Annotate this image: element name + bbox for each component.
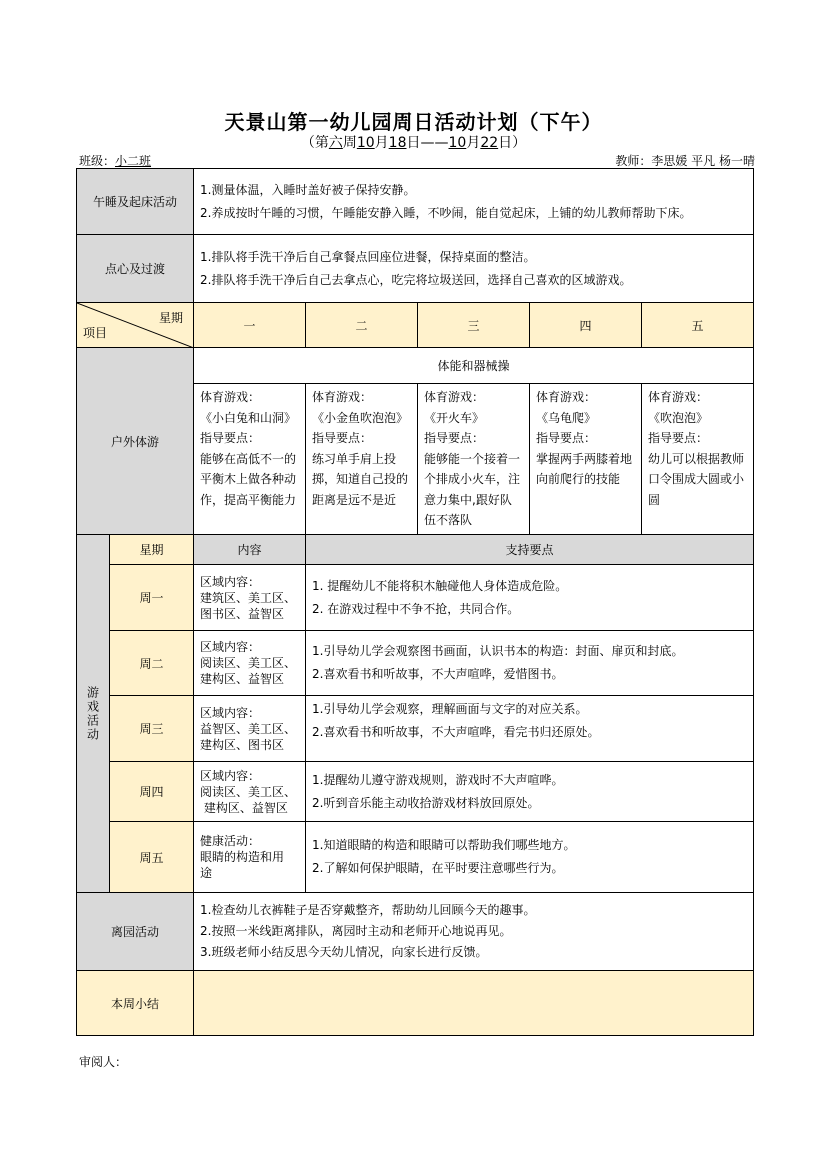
content-line: 区域内容： — [200, 574, 299, 590]
item-axis-label: 项目 — [83, 324, 107, 341]
summary-row: 本周小结 — [77, 971, 754, 1036]
outdoor-day-mon: 体育游戏： 《小白兔和山洞》 指导要点： 能够在高低不一的平衡木上做各种动作，提… — [194, 384, 306, 535]
leave-line-3: 3.班级老师小结反思今天幼儿情况，向家长进行反馈。 — [200, 942, 747, 963]
game-name: 《小白兔和山洞》 — [200, 408, 299, 429]
nap-row: 午睡及起床活动 1.测量体温，入睡时盖好被子保持安静。 2.养成按时午睡的习惯，… — [77, 169, 754, 235]
content-line: 区域内容： — [200, 705, 299, 721]
leave-content: 1.检查幼儿衣裤鞋子是否穿戴整齐，帮助幼儿回顾今天的趣事。 2.按照一米线距离排… — [194, 893, 754, 971]
day-header-fri: 五 — [642, 303, 754, 348]
game-type: 体育游戏： — [648, 387, 747, 408]
support-line: 2. 在游戏过程中不争不抢，共同合作。 — [312, 598, 747, 621]
guide-points: 练习单手肩上投掷，知道自己投的距离是远不是近 — [312, 449, 411, 511]
game-type: 体育游戏： — [424, 387, 523, 408]
day-label: 日 — [407, 135, 421, 151]
game-type: 体育游戏： — [536, 387, 635, 408]
games-col-content: 内容 — [194, 535, 306, 565]
support-line: 1. 提醒幼儿不能将积木触碰他人身体造成危险。 — [312, 575, 747, 598]
end-month: 10 — [449, 135, 467, 151]
games-day: 周二 — [110, 631, 194, 696]
games-row-tue: 周二 区域内容： 阅读区、美工区、 建构区、益智区 1.引导幼儿学会观察图书画面… — [77, 631, 754, 696]
games-support: 1.引导幼儿学会观察图书画面，认识书本的构造：封面、扉页和封底。 2.喜欢看书和… — [306, 631, 754, 696]
support-line: 1.提醒幼儿遵守游戏规则，游戏时不大声喧哗。 — [312, 769, 747, 792]
outdoor-theme: 体能和器械操 — [194, 348, 754, 384]
games-day: 周四 — [110, 762, 194, 822]
class-value: 小二班 — [115, 154, 151, 168]
game-name: 《吹泡泡》 — [648, 408, 747, 429]
teacher-value: 李思媛 平凡 杨一晴 — [651, 154, 755, 168]
month-label-2: 月 — [466, 135, 480, 151]
outdoor-day-fri: 体育游戏： 《吹泡泡》 指导要点： 幼儿可以根据教师口令围成大圆或小圆 — [642, 384, 754, 535]
games-row-fri: 周五 健康活动： 眼睛的构造和用 途 1.知道眼睛的构造和眼睛可以帮助我们哪些地… — [77, 822, 754, 893]
games-support: 1.知道眼睛的构造和眼睛可以帮助我们哪些地方。 2.了解如何保护眼睛，在平时要注… — [306, 822, 754, 893]
games-support: 1.引导幼儿学会观察，理解画面与文字的对应关系。 2.喜欢看书和听故事，不大声喧… — [306, 696, 754, 762]
month-label: 月 — [375, 135, 389, 151]
summary-content[interactable] — [194, 971, 754, 1036]
outdoor-day-tue: 体育游戏： 《小金鱼吹泡泡》 指导要点： 练习单手肩上投掷，知道自己投的距离是远… — [306, 384, 418, 535]
snack-row: 点心及过渡 1.排队将手洗干净后自己拿餐点回座位进餐，保持桌面的整洁。 2.排队… — [77, 235, 754, 303]
subtitle-close: 日） — [498, 135, 526, 151]
class-label: 班级： — [79, 154, 115, 168]
content-line: 区域内容： — [200, 768, 299, 784]
content-line: 图书区、益智区 — [200, 606, 299, 622]
outdoor-label: 户外体游 — [77, 348, 194, 535]
games-day: 周三 — [110, 696, 194, 762]
page-title: 天景山第一幼儿园周日活动计划（下午） — [0, 106, 827, 135]
content-line: 阅读区、美工区、 — [200, 784, 299, 800]
content-line: 建构区、益智区 — [200, 800, 299, 816]
games-content: 健康活动： 眼睛的构造和用 途 — [194, 822, 306, 893]
leave-line-2: 2.按照一米线距离排队，离园时主动和老师开心地说再见。 — [200, 921, 747, 942]
content-line: 眼睛的构造和用 — [200, 849, 299, 865]
guide-points: 能够在高低不一的平衡木上做各种动作，提高平衡能力 — [200, 449, 299, 511]
subtitle-open: （第 — [301, 135, 329, 151]
game-type: 体育游戏： — [312, 387, 411, 408]
week-suffix: 周 — [343, 135, 357, 151]
content-line: 区域内容： — [200, 639, 299, 655]
date-range: （第六周10月18日——10月22日） — [0, 132, 827, 152]
week-header-row: 星期 项目 一 二 三 四 五 — [77, 303, 754, 348]
guide-label: 指导要点： — [312, 428, 411, 449]
snack-label: 点心及过渡 — [77, 235, 194, 303]
guide-points: 掌握两手两膝着地向前爬行的技能 — [536, 449, 635, 490]
content-line: 建筑区、美工区、 — [200, 590, 299, 606]
games-content: 区域内容： 阅读区、美工区、 建构区、益智区 — [194, 762, 306, 822]
teacher-info: 教师：李思媛 平凡 杨一晴 — [615, 152, 755, 169]
game-name: 《乌龟爬》 — [536, 408, 635, 429]
teacher-label: 教师： — [615, 154, 651, 168]
support-line: 2.喜欢看书和听故事，不大声喧哗，看完书归还原处。 — [312, 721, 747, 744]
games-col-weekday: 星期 — [110, 535, 194, 565]
snack-line-2: 2.排队将手洗干净后自己去拿点心，吃完将垃圾送回，选择自己喜欢的区域游戏。 — [200, 269, 747, 292]
games-support: 1.提醒幼儿遵守游戏规则，游戏时不大声喧哗。 2.听到音乐能主动收拾游戏材料放回… — [306, 762, 754, 822]
guide-points: 能够能一个接着一个排成小火车，注意力集中,跟好队伍不落队 — [424, 449, 523, 531]
games-col-support: 支持要点 — [306, 535, 754, 565]
support-line: 1.引导幼儿学会观察图书画面，认识书本的构造：封面、扉页和封底。 — [312, 640, 747, 663]
games-row-wed: 周三 区域内容： 益智区、美工区、 建构区、图书区 1.引导幼儿学会观察，理解画… — [77, 696, 754, 762]
leave-label: 离园活动 — [77, 893, 194, 971]
diagonal-header-cell: 星期 项目 — [77, 303, 194, 348]
activity-plan-table: 午睡及起床活动 1.测量体温，入睡时盖好被子保持安静。 2.养成按时午睡的习惯，… — [76, 168, 754, 1036]
reviewer-label: 审阅人： — [79, 1053, 127, 1070]
content-line: 建构区、益智区 — [200, 671, 299, 687]
content-line: 建构区、图书区 — [200, 737, 299, 753]
guide-label: 指导要点： — [648, 428, 747, 449]
guide-label: 指导要点： — [536, 428, 635, 449]
content-line: 途 — [200, 865, 299, 881]
start-month: 10 — [357, 135, 375, 151]
games-day: 周一 — [110, 565, 194, 631]
week-number: 六 — [329, 135, 343, 151]
summary-label: 本周小结 — [77, 971, 194, 1036]
support-line: 2.了解如何保护眼睛，在平时要注意哪些行为。 — [312, 857, 747, 880]
nap-line-1: 1.测量体温，入睡时盖好被子保持安静。 — [200, 179, 747, 202]
games-label-vertical: 游戏活动 — [85, 686, 102, 742]
games-support: 1. 提醒幼儿不能将积木触碰他人身体造成危险。 2. 在游戏过程中不争不抢，共同… — [306, 565, 754, 631]
nap-line-2: 2.养成按时午睡的习惯，午睡能安静入睡，不吵闹，能自觉起床，上铺的幼儿教师帮助下… — [200, 202, 747, 225]
support-line: 1.知道眼睛的构造和眼睛可以帮助我们哪些地方。 — [312, 834, 747, 857]
games-section-label: 游戏活动 — [77, 535, 110, 893]
guide-label: 指导要点： — [424, 428, 523, 449]
game-name: 《开火车》 — [424, 408, 523, 429]
outdoor-day-thu: 体育游戏： 《乌龟爬》 指导要点： 掌握两手两膝着地向前爬行的技能 — [530, 384, 642, 535]
support-line: 1.引导幼儿学会观察，理解画面与文字的对应关系。 — [312, 698, 747, 721]
leave-row: 离园活动 1.检查幼儿衣裤鞋子是否穿戴整齐，帮助幼儿回顾今天的趣事。 2.按照一… — [77, 893, 754, 971]
snack-line-1: 1.排队将手洗干净后自己拿餐点回座位进餐，保持桌面的整洁。 — [200, 246, 747, 269]
game-type: 体育游戏： — [200, 387, 299, 408]
outdoor-day-wed: 体育游戏： 《开火车》 指导要点： 能够能一个接着一个排成小火车，注意力集中,跟… — [418, 384, 530, 535]
nap-content: 1.测量体温，入睡时盖好被子保持安静。 2.养成按时午睡的习惯，午睡能安静入睡，… — [194, 169, 754, 235]
weekday-axis-label: 星期 — [159, 309, 183, 326]
game-name: 《小金鱼吹泡泡》 — [312, 408, 411, 429]
start-day: 18 — [389, 135, 407, 151]
range-separator: —— — [421, 135, 449, 151]
games-content: 区域内容： 阅读区、美工区、 建构区、益智区 — [194, 631, 306, 696]
support-line: 2.听到音乐能主动收拾游戏材料放回原处。 — [312, 792, 747, 815]
day-header-mon: 一 — [194, 303, 306, 348]
content-line: 阅读区、美工区、 — [200, 655, 299, 671]
games-content: 区域内容： 益智区、美工区、 建构区、图书区 — [194, 696, 306, 762]
guide-points: 幼儿可以根据教师口令围成大圆或小圆 — [648, 449, 747, 511]
support-line: 2.喜欢看书和听故事，不大声喧哗，爱惜图书。 — [312, 663, 747, 686]
content-line: 健康活动： — [200, 833, 299, 849]
day-header-tue: 二 — [306, 303, 418, 348]
snack-content: 1.排队将手洗干净后自己拿餐点回座位进餐，保持桌面的整洁。 2.排队将手洗干净后… — [194, 235, 754, 303]
guide-label: 指导要点： — [200, 428, 299, 449]
games-day: 周五 — [110, 822, 194, 893]
games-row-mon: 周一 区域内容： 建筑区、美工区、 图书区、益智区 1. 提醒幼儿不能将积木触碰… — [77, 565, 754, 631]
games-content: 区域内容： 建筑区、美工区、 图书区、益智区 — [194, 565, 306, 631]
end-day: 22 — [480, 135, 498, 151]
nap-label: 午睡及起床活动 — [77, 169, 194, 235]
games-row-thu: 周四 区域内容： 阅读区、美工区、 建构区、益智区 1.提醒幼儿遵守游戏规则，游… — [77, 762, 754, 822]
games-header-row: 游戏活动 星期 内容 支持要点 — [77, 535, 754, 565]
day-header-thu: 四 — [530, 303, 642, 348]
outdoor-theme-row: 户外体游 体能和器械操 — [77, 348, 754, 384]
class-info: 班级：小二班 — [79, 152, 151, 169]
content-line: 益智区、美工区、 — [200, 721, 299, 737]
leave-line-1: 1.检查幼儿衣裤鞋子是否穿戴整齐，帮助幼儿回顾今天的趣事。 — [200, 900, 747, 921]
day-header-wed: 三 — [418, 303, 530, 348]
